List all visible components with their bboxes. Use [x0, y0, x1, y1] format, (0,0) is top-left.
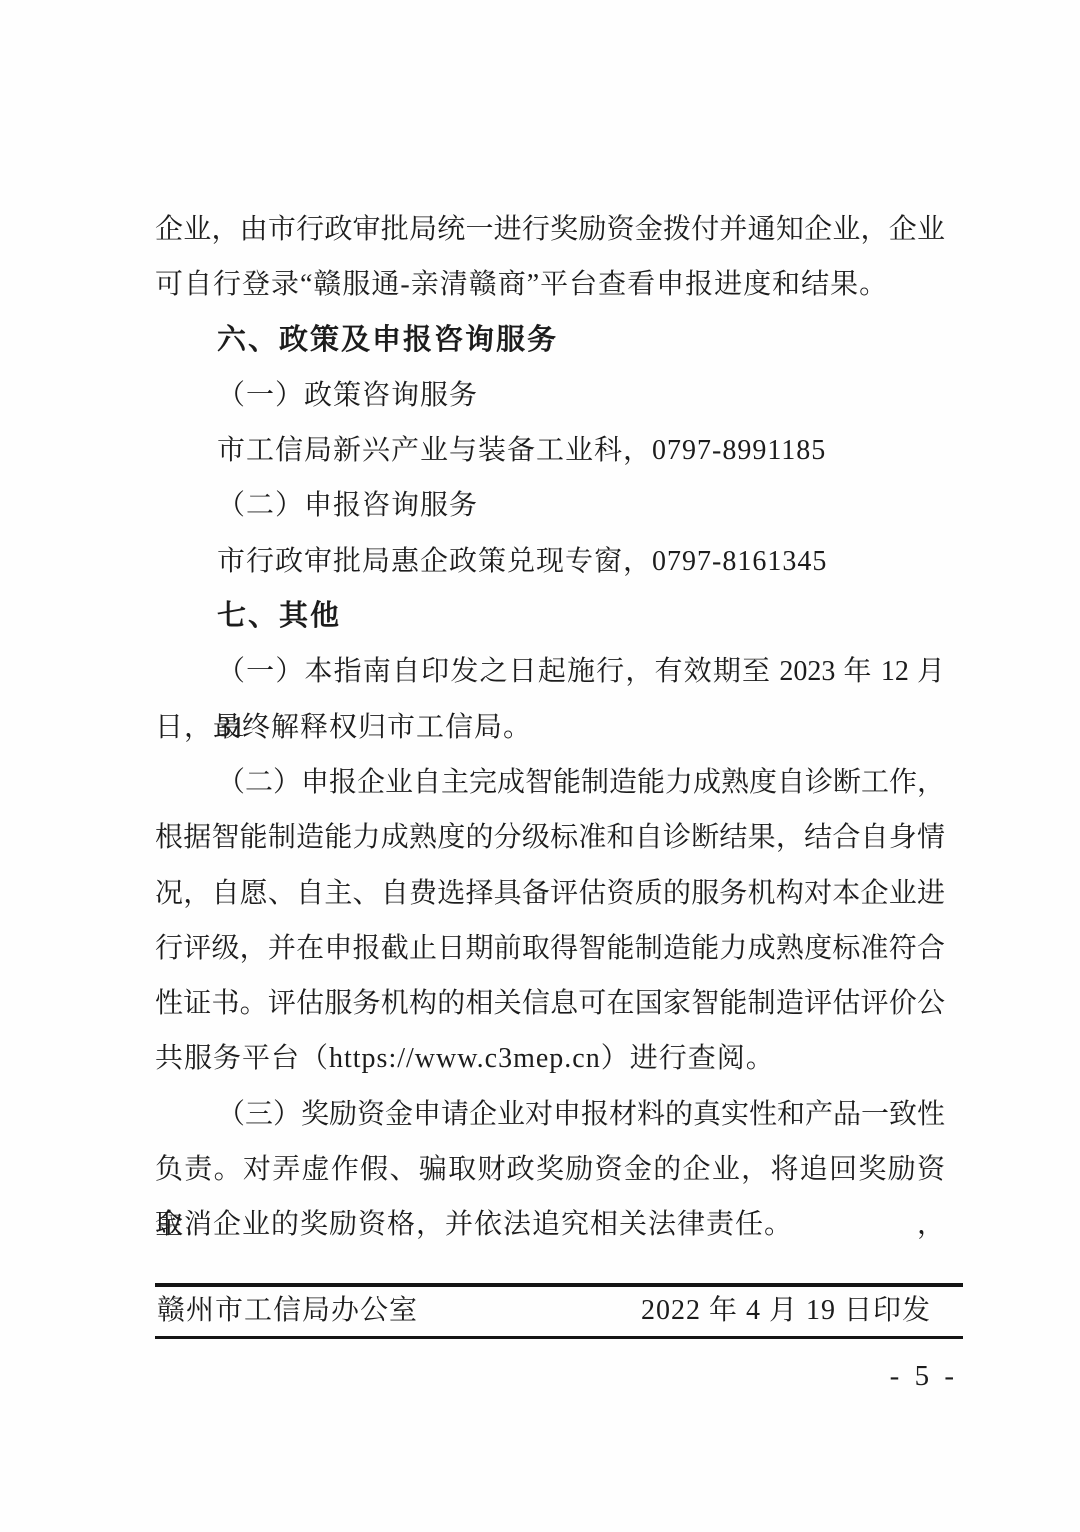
body-line: 负责。对弄虚作假、骗取财政奖励资金的企业，将追回奖励资金， — [155, 1142, 945, 1197]
footer-divider-top — [155, 1283, 963, 1287]
section-heading-seven: 七、其他 — [155, 589, 945, 644]
body-line: 行评级，并在申报截止日期前取得智能制造能力成熟度标准符合 — [155, 921, 945, 976]
subsection-heading: （二）申报咨询服务 — [155, 478, 945, 533]
footer-divider-bottom — [155, 1336, 963, 1339]
body-line: 性证书。评估服务机构的相关信息可在国家智能制造评估评价公 — [155, 976, 945, 1031]
body-line: 可自行登录“赣服通-亲清赣商”平台查看申报进度和结果。 — [155, 257, 945, 312]
section-heading-six: 六、政策及申报咨询服务 — [155, 313, 945, 368]
scanned-document-page: 企业，由市行政审批局统一进行奖励资金拨付并通知企业，企业 可自行登录“赣服通-亲… — [0, 0, 1080, 1532]
body-line: （二）申报企业自主完成智能制造能力成熟度自诊断工作， — [155, 755, 945, 810]
contact-line-policy: 市工信局新兴产业与装备工业科，0797-8991185 — [155, 423, 945, 478]
subsection-heading: （一）政策咨询服务 — [155, 368, 945, 423]
footer: 赣州市工信局办公室 2022 年 4 月 19 日印发 — [157, 1288, 961, 1334]
body-line: 根据智能制造能力成熟度的分级标准和自诊断结果，结合自身情 — [155, 810, 945, 865]
print-date: 2022 年 4 月 19 日印发 — [641, 1288, 961, 1334]
body-line: （一）本指南自印发之日起施行，有效期至 2023 年 12 月 31 — [155, 644, 945, 699]
contact-line-apply: 市行政审批局惠企政策兑现专窗，0797-8161345 — [155, 534, 945, 589]
body-line: 企业，由市行政审批局统一进行奖励资金拨付并通知企业，企业 — [155, 202, 945, 257]
body-line-with-url: 共服务平台（https://www.c3mep.cn）进行查阅。 — [155, 1031, 945, 1086]
body-line: 况，自愿、自主、自费选择具备评估资质的服务机构对本企业进 — [155, 866, 945, 921]
issuing-office: 赣州市工信局办公室 — [157, 1288, 418, 1334]
document-body: 企业，由市行政审批局统一进行奖励资金拨付并通知企业，企业 可自行登录“赣服通-亲… — [155, 202, 945, 1253]
page-number: - 5 - — [890, 1358, 958, 1394]
body-line: （三）奖励资金申请企业对申报材料的真实性和产品一致性 — [155, 1087, 945, 1142]
body-line: 日，最终解释权归市工信局。 — [155, 700, 945, 755]
